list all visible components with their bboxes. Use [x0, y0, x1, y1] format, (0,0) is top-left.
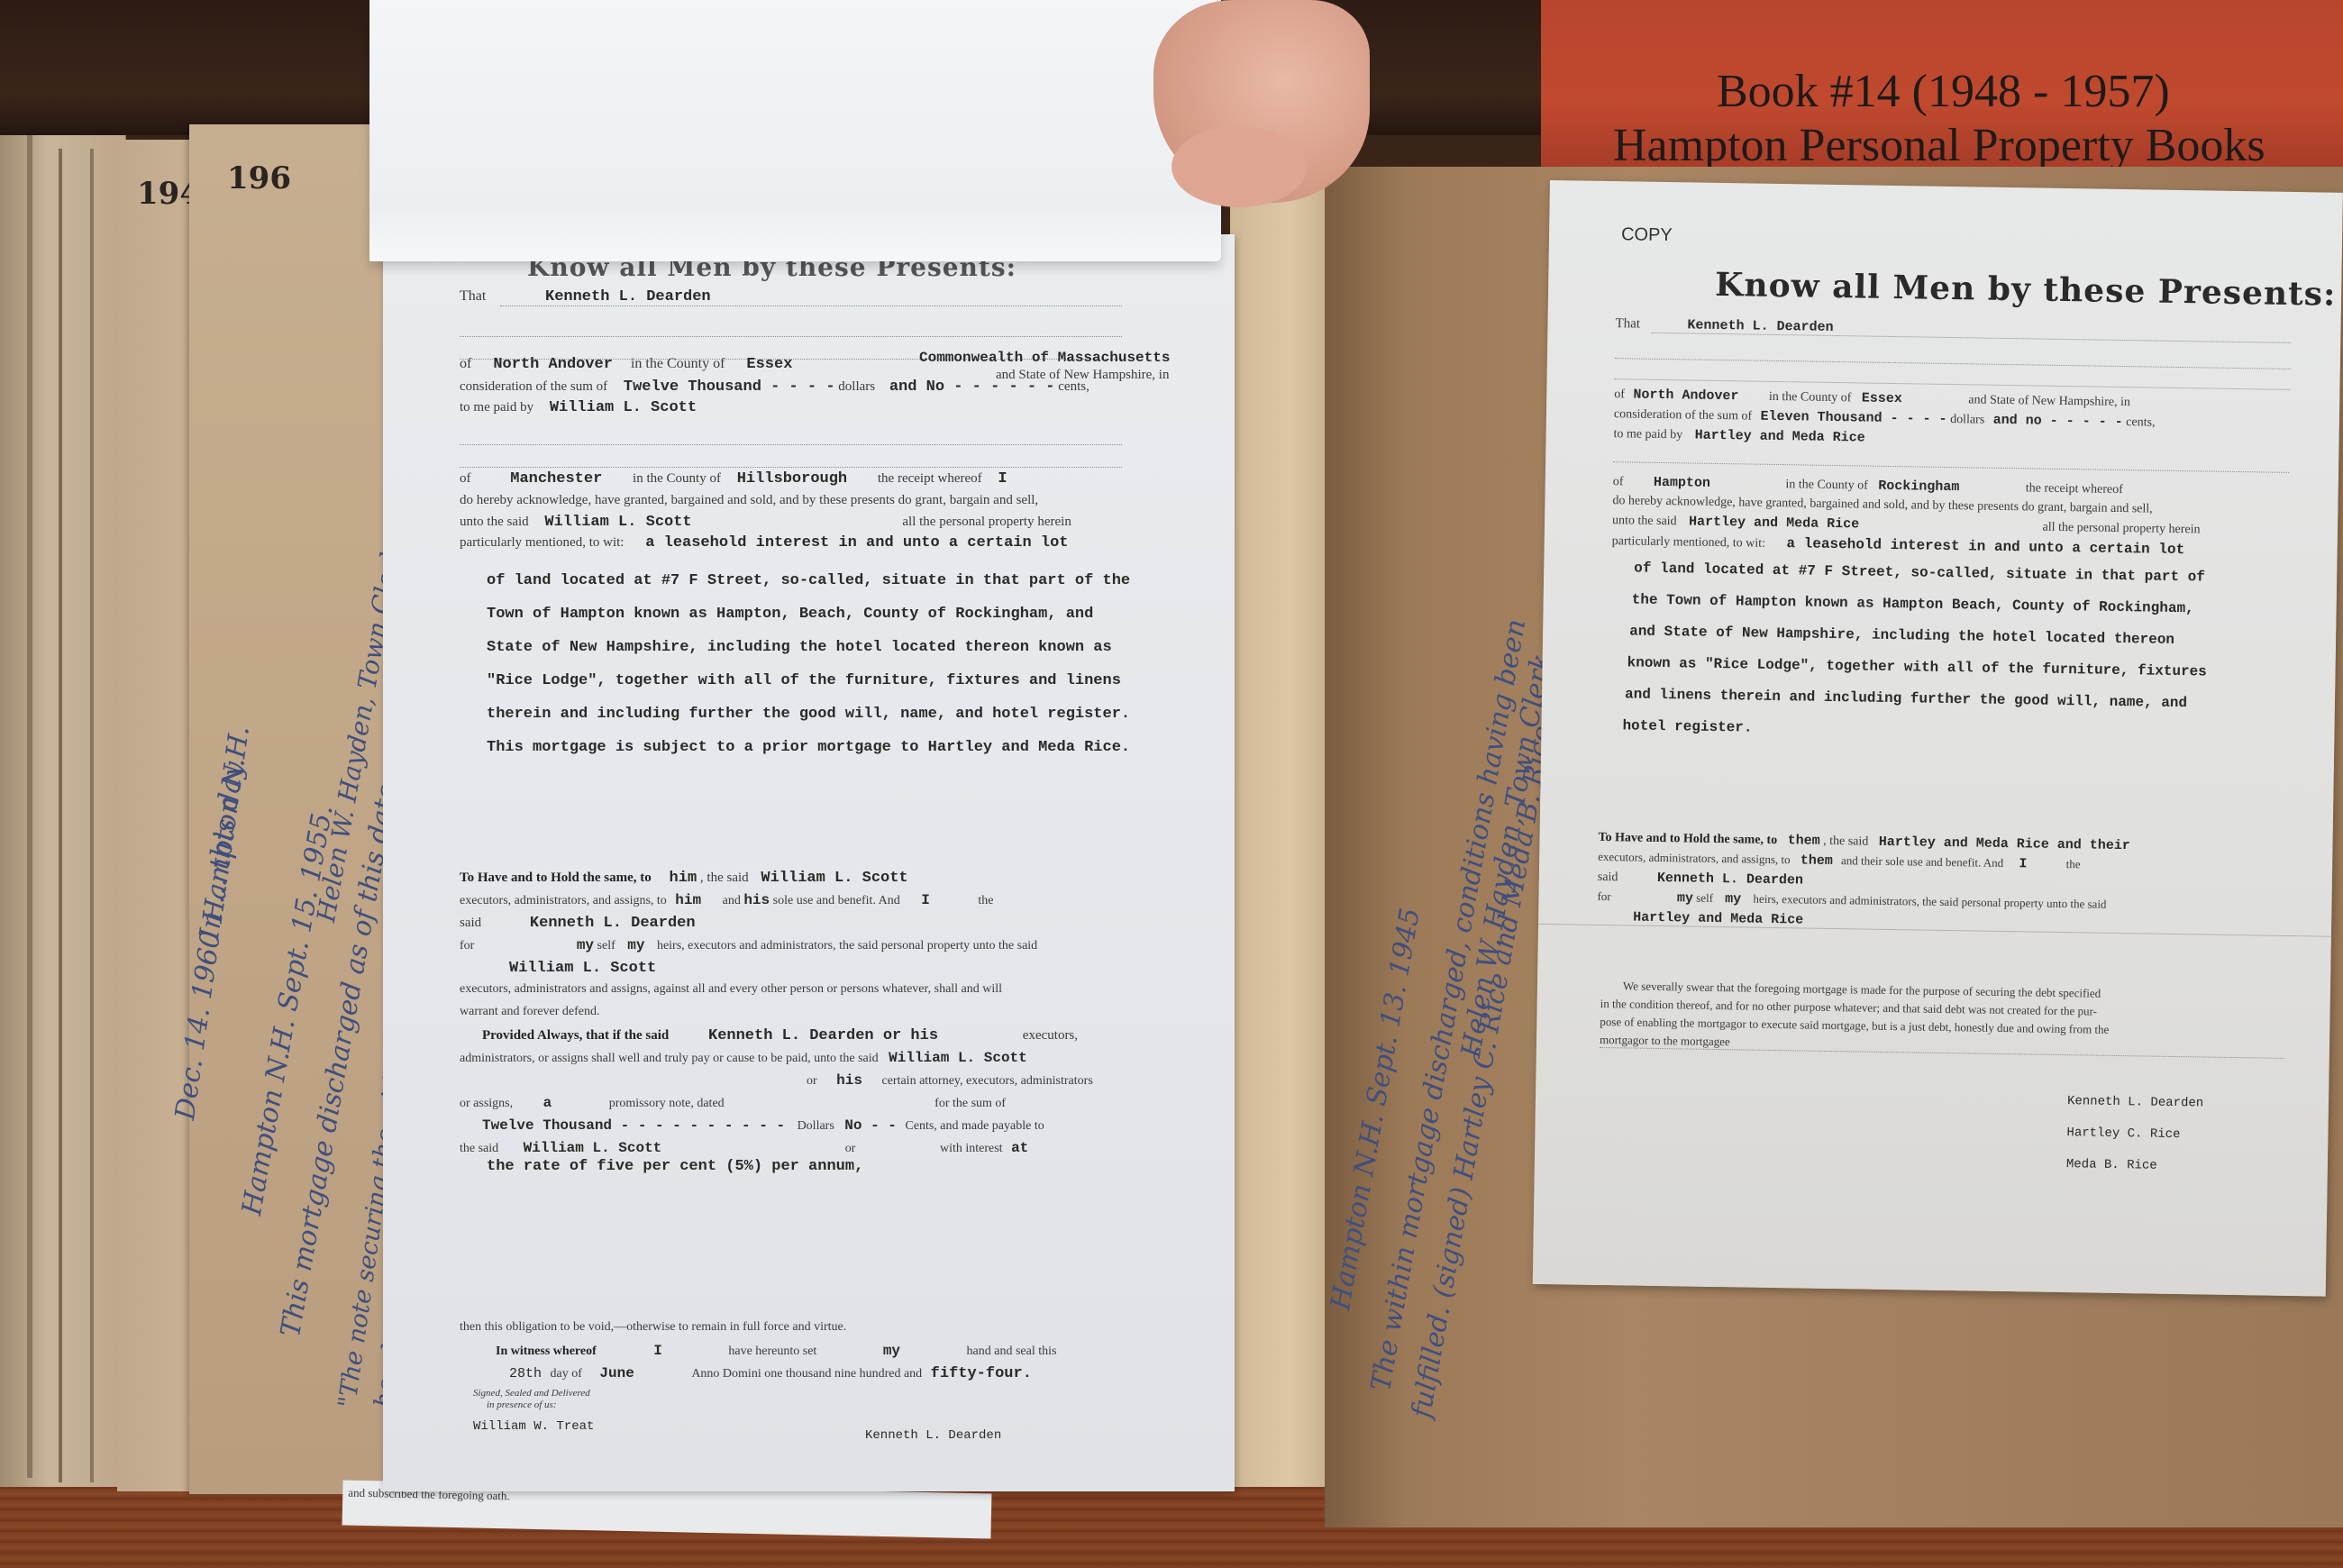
grantor-residence-row: of North Andover in the County of Essex …: [1614, 387, 2130, 410]
grantor-field: Kenneth L. Dearden: [500, 288, 1122, 306]
signer-signature: Kenneth L. Dearden: [865, 1428, 1001, 1443]
witness-row: In witness whereof I have hereunto set m…: [496, 1343, 1056, 1359]
fold-line: [1538, 924, 2331, 937]
blank-line: [460, 324, 1122, 337]
hand-thumb: [1171, 126, 1307, 207]
unto-row: unto the said William L. Scott all the p…: [460, 514, 1071, 531]
description-line: hotel register.: [1622, 717, 1752, 735]
description-line: State of New Hampshire, including the ho…: [487, 639, 1112, 656]
blank-line: [1615, 369, 2291, 390]
mortgage-document-right-copy: COPY Know all Men by these Presents: Tha…: [1533, 180, 2343, 1297]
presence-label: in presence of us:: [487, 1399, 557, 1410]
description-line: This mortgage is subject to a prior mort…: [487, 739, 1130, 756]
that-label: That: [460, 288, 486, 305]
habendum-row: said Kenneth L. Dearden: [460, 915, 696, 932]
oath-line: mortgagor to the mortgagee: [1600, 1033, 2284, 1059]
description-line: of land located at #7 F Street, so-calle…: [487, 572, 1130, 589]
witness-date-row: 28th day of June Anno Domini one thousan…: [509, 1365, 1032, 1382]
grantee-residence-row: of Hampton in the County of Rockingham t…: [1613, 474, 2123, 497]
habendum-row: To Have and to Hold the same, to him , t…: [460, 870, 908, 887]
habendum-row: for my self my heirs, executors and admi…: [460, 937, 1037, 953]
description-line: Town of Hampton known as Hampton, Beach,…: [487, 606, 1093, 623]
signature-typed: Meda B. Rice: [2066, 1157, 2157, 1173]
description-line: of land located at #7 F Street, so-calle…: [1634, 561, 2205, 586]
signature-typed: Kenneth L. Dearden: [2067, 1094, 2203, 1110]
signature-typed: Hartley C. Rice: [2066, 1126, 2180, 1142]
description-line: the Town of Hampton known as Hampton Bea…: [1632, 591, 2194, 616]
page-number: 196: [227, 160, 291, 196]
habendum-row: for my self my heirs, executors and admi…: [1597, 889, 2106, 913]
blank-line: [1615, 348, 2291, 369]
lifted-page[interactable]: [369, 0, 1221, 261]
habendum-row: To Have and to Hold the same, to them , …: [1598, 830, 2130, 853]
grantor-residence-row: of North Andover in the County of Essex: [460, 356, 792, 373]
grant-clause: do hereby acknowledge, have granted, bar…: [460, 493, 1038, 508]
description-line: and State of New Hampshire, including th…: [1629, 623, 2174, 647]
habendum-row: executors, administrators, and assigns, …: [460, 892, 994, 908]
copy-label: COPY: [1621, 224, 1673, 246]
that-label: That: [1615, 316, 1640, 332]
page-divider: [27, 135, 32, 1478]
proviso-row: the rate of five per cent (5%) per annum…: [487, 1158, 863, 1175]
to-wit-row: particularly mentioned, to wit: a leaseh…: [1612, 533, 2185, 558]
void-clause: then this obligation to be void,—otherwi…: [460, 1320, 846, 1335]
blank-line: [460, 433, 1122, 445]
consideration-row: consideration of the sum of Twelve Thous…: [460, 378, 1089, 396]
page-stack-edge: [0, 135, 126, 1487]
document-title: Know all Men by these Presents:: [1715, 266, 2337, 314]
signed-sealed-label: Signed, Sealed and Delivered: [473, 1388, 590, 1399]
proviso-row: Provided Always, that if the said Kennet…: [482, 1027, 1078, 1044]
witness-signature: William W. Treat: [473, 1419, 594, 1434]
description-line: known as "Rice Lodge", together with all…: [1627, 654, 2207, 679]
cover-title-line2: Hampton Personal Property Books: [1613, 119, 2266, 172]
proviso-row: or assigns, a promissory note, dated for…: [460, 1095, 1006, 1111]
habendum-row: warrant and forever defend.: [460, 1005, 599, 1019]
cover-title-line1: Book #14 (1948 - 1957): [1717, 65, 2170, 118]
paid-by-row: to me paid by Hartley and Meda Rice: [1613, 426, 1864, 445]
habendum-row: William L. Scott: [509, 960, 656, 977]
page-divider: [90, 149, 94, 1482]
proviso-row: administrators, or assigns shall well an…: [460, 1050, 1027, 1066]
to-wit-row: particularly mentioned, to wit: a leaseh…: [460, 534, 1069, 552]
proviso-row: or his certain attorney, executors, admi…: [807, 1072, 1093, 1089]
habendum-row: said Kenneth L. Dearden: [1598, 870, 1803, 889]
page-divider: [59, 149, 62, 1482]
habendum-row: executors, administrators and assigns, a…: [460, 982, 1002, 997]
proviso-row: Twelve Thousand - - - - - - - - - - Doll…: [482, 1117, 1044, 1134]
blank-line: [1613, 451, 2289, 473]
state-typed: Commonwealth of Massachusetts: [919, 350, 1170, 366]
grantee-residence-row: of Manchester in the County of Hillsboro…: [460, 470, 1007, 488]
binder-fold: [1230, 162, 1329, 1487]
description-line: and linens therein and including further…: [1625, 686, 2187, 711]
habendum-row: executors, administrators, and assigns, …: [1598, 850, 2081, 872]
proviso-row: the said William L. Scott or with intere…: [460, 1140, 1028, 1156]
paid-by-row: to me paid by William L. Scott: [460, 399, 697, 416]
blank-line: [460, 455, 1122, 468]
description-line: therein and including further the good w…: [487, 706, 1130, 723]
mortgage-document-left: Know all Men by these Presents: That Ken…: [383, 234, 1235, 1491]
description-line: "Rice Lodge", together with all of the f…: [487, 672, 1121, 689]
grantor-field: Kenneth L. Dearden: [1651, 317, 2291, 343]
